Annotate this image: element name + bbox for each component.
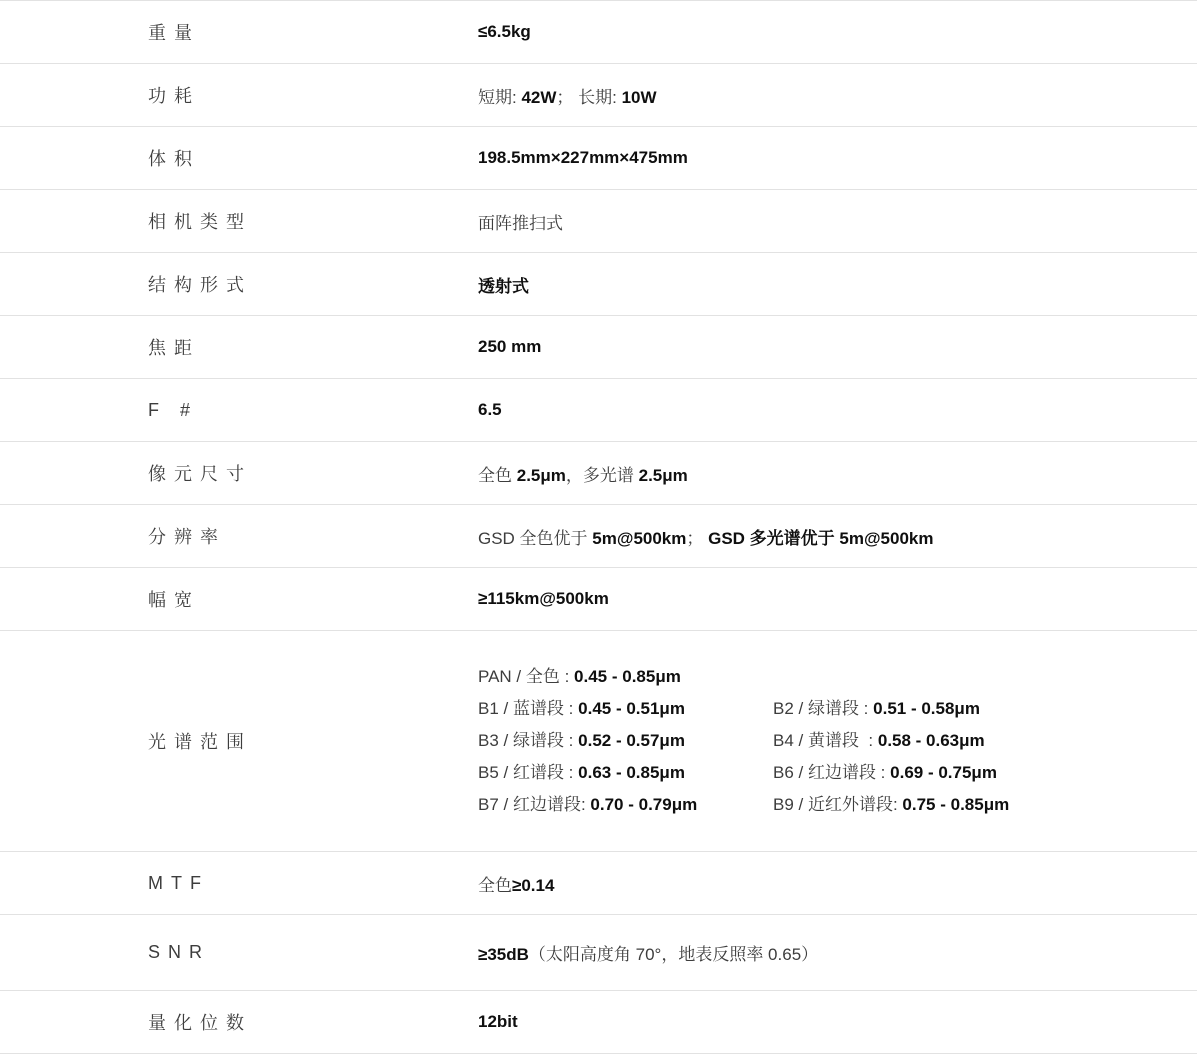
band-name: B9 / 近红外谱段: — [773, 795, 902, 814]
spec-value-part: GSD 多光谱优于 5m@500km — [708, 529, 933, 548]
spec-value-part: 短期: — [478, 88, 521, 107]
spec-label-camera-type: 相机类型 — [0, 208, 478, 234]
band-name: B2 / 绿谱段 : — [773, 699, 873, 718]
band-range: 0.45 - 0.51μm — [578, 699, 685, 718]
band-name: B5 / 红谱段 : — [478, 763, 578, 782]
spec-value-part: 250 mm — [478, 337, 541, 356]
spec-value-part: 10W — [622, 88, 657, 107]
spec-label-power: 功耗 — [0, 82, 478, 108]
spec-value-spectral-range: PAN / 全色 : 0.45 - 0.85μmB1 / 蓝谱段 : 0.45 … — [478, 661, 1197, 821]
band-range: 0.58 - 0.63μm — [878, 731, 985, 750]
spec-value-part: 全色 — [478, 466, 517, 485]
spectral-line: B1 / 蓝谱段 : 0.45 - 0.51μmB2 / 绿谱段 : 0.51 … — [478, 693, 1197, 725]
band-range: 0.51 - 0.58μm — [873, 699, 980, 718]
spec-value-resolution: GSD 全色优于 5m@500km； GSD 多光谱优于 5m@500km — [478, 524, 1197, 549]
band-range: 0.70 - 0.79μm — [590, 795, 697, 814]
spectral-line: PAN / 全色 : 0.45 - 0.85μm — [478, 661, 1197, 693]
spec-label-spectral-range: 光谱范围 — [0, 728, 478, 754]
spectral-band: B2 / 绿谱段 : 0.51 - 0.58μm — [773, 693, 980, 725]
spec-value-part: ≥115km@500km — [478, 589, 609, 608]
spec-row-resolution: 分辨率GSD 全色优于 5m@500km； GSD 多光谱优于 5m@500km — [0, 504, 1197, 567]
spec-value-part: ≥0.14 — [512, 876, 554, 895]
spectral-line: B5 / 红谱段 : 0.63 - 0.85μmB6 / 红边谱段 : 0.69… — [478, 757, 1197, 789]
spec-label-weight: 重量 — [0, 19, 478, 45]
spec-row-power: 功耗短期: 42W； 长期: 10W — [0, 63, 1197, 126]
spec-row-focal-length: 焦距250 mm — [0, 315, 1197, 378]
band-name: B3 / 绿谱段 : — [478, 731, 578, 750]
spec-label-mtf: MTF — [0, 873, 478, 894]
spec-row-spectral-range: 光谱范围PAN / 全色 : 0.45 - 0.85μmB1 / 蓝谱段 : 0… — [0, 630, 1197, 851]
spec-label-structure: 结构形式 — [0, 271, 478, 297]
spec-value-pixel-size: 全色 2.5μm，多光谱 2.5μm — [478, 461, 1197, 486]
spec-row-weight: 重量≤6.5kg — [0, 0, 1197, 63]
spec-value-part: 198.5mm×227mm×475mm — [478, 148, 688, 167]
spec-row-f-number: F #6.5 — [0, 378, 1197, 441]
spec-row-swath: 幅宽≥115km@500km — [0, 567, 1197, 630]
spec-value-power: 短期: 42W； 长期: 10W — [478, 83, 1197, 108]
band-name: B7 / 红边谱段: — [478, 795, 590, 814]
spec-value-part: 透射式 — [478, 277, 529, 296]
spec-table: 重量≤6.5kg功耗短期: 42W； 长期: 10W体积198.5mm×227m… — [0, 0, 1197, 1054]
band-range: 0.52 - 0.57μm — [578, 731, 685, 750]
spectral-band: PAN / 全色 : 0.45 - 0.85μm — [478, 661, 681, 693]
spec-value-part: 5m@500km — [592, 529, 686, 548]
spectral-band: B9 / 近红外谱段: 0.75 - 0.85μm — [773, 789, 1009, 821]
band-name: B4 / 黄谱段 : — [773, 731, 878, 750]
spec-label-swath: 幅宽 — [0, 586, 478, 612]
band-name: B1 / 蓝谱段 : — [478, 699, 578, 718]
spec-row-structure: 结构形式透射式 — [0, 252, 1197, 315]
spec-row-camera-type: 相机类型面阵推扫式 — [0, 189, 1197, 252]
spec-label-volume: 体积 — [0, 145, 478, 171]
spectral-line: B7 / 红边谱段: 0.70 - 0.79μmB9 / 近红外谱段: 0.75… — [478, 789, 1197, 821]
spectral-band: B5 / 红谱段 : 0.63 - 0.85μm — [478, 757, 773, 789]
band-range: 0.45 - 0.85μm — [574, 667, 681, 686]
band-name: PAN / 全色 : — [478, 667, 574, 686]
spec-value-quantization: 12bit — [478, 1012, 1197, 1032]
spectral-band: B4 / 黄谱段 : 0.58 - 0.63μm — [773, 725, 985, 757]
spec-value-part: 12bit — [478, 1012, 518, 1031]
band-range: 0.75 - 0.85μm — [902, 795, 1009, 814]
spectral-band: B7 / 红边谱段: 0.70 - 0.79μm — [478, 789, 773, 821]
spectral-band: B1 / 蓝谱段 : 0.45 - 0.51μm — [478, 693, 773, 725]
spec-row-mtf: MTF全色≥0.14 — [0, 851, 1197, 914]
spec-value-part: 全色 — [478, 876, 512, 895]
spec-label-resolution: 分辨率 — [0, 523, 478, 549]
spectral-line: B3 / 绿谱段 : 0.52 - 0.57μmB4 / 黄谱段 : 0.58 … — [478, 725, 1197, 757]
spectral-band: B3 / 绿谱段 : 0.52 - 0.57μm — [478, 725, 773, 757]
band-range: 0.63 - 0.85μm — [578, 763, 685, 782]
spec-value-part: （太阳高度角 70°，地表反照率 0.65） — [529, 945, 818, 964]
spec-label-pixel-size: 像元尺寸 — [0, 460, 478, 486]
spectral-band: B6 / 红边谱段 : 0.69 - 0.75μm — [773, 757, 997, 789]
spec-row-snr: SNR≥35dB（太阳高度角 70°，地表反照率 0.65） — [0, 914, 1197, 990]
spec-label-focal-length: 焦距 — [0, 334, 478, 360]
spec-label-f-number: F # — [0, 400, 478, 421]
spec-value-snr: ≥35dB（太阳高度角 70°，地表反照率 0.65） — [478, 940, 1197, 965]
spec-row-volume: 体积198.5mm×227mm×475mm — [0, 126, 1197, 189]
spec-row-quantization: 量化位数12bit — [0, 990, 1197, 1053]
spec-row-pixel-size: 像元尺寸全色 2.5μm，多光谱 2.5μm — [0, 441, 1197, 504]
spec-label-snr: SNR — [0, 942, 478, 963]
band-name: B6 / 红边谱段 : — [773, 763, 890, 782]
spec-value-part: ≥35dB — [478, 945, 529, 964]
spec-value-part: ； — [686, 529, 708, 548]
spec-label-quantization: 量化位数 — [0, 1009, 478, 1035]
spec-value-weight: ≤6.5kg — [478, 22, 1197, 42]
spec-value-volume: 198.5mm×227mm×475mm — [478, 148, 1197, 168]
spec-value-mtf: 全色≥0.14 — [478, 871, 1197, 896]
spec-value-structure: 透射式 — [478, 272, 1197, 297]
spec-value-part: 2.5μm — [639, 466, 688, 485]
spec-value-part: 42W — [521, 88, 556, 107]
band-range: 0.69 - 0.75μm — [890, 763, 997, 782]
spec-value-part: 6.5 — [478, 400, 502, 419]
spec-value-f-number: 6.5 — [478, 400, 1197, 420]
spec-value-part: 2.5μm — [517, 466, 566, 485]
spec-value-part: ≤6.5kg — [478, 22, 531, 41]
spec-value-part: ； 长期: — [556, 88, 621, 107]
spec-value-part: GSD 全色优于 — [478, 529, 592, 548]
spec-value-part: ，多光谱 — [566, 466, 639, 485]
spec-value-part: 面阵推扫式 — [478, 214, 563, 233]
spec-value-focal-length: 250 mm — [478, 337, 1197, 357]
spec-value-swath: ≥115km@500km — [478, 589, 1197, 609]
spec-value-camera-type: 面阵推扫式 — [478, 209, 1197, 234]
